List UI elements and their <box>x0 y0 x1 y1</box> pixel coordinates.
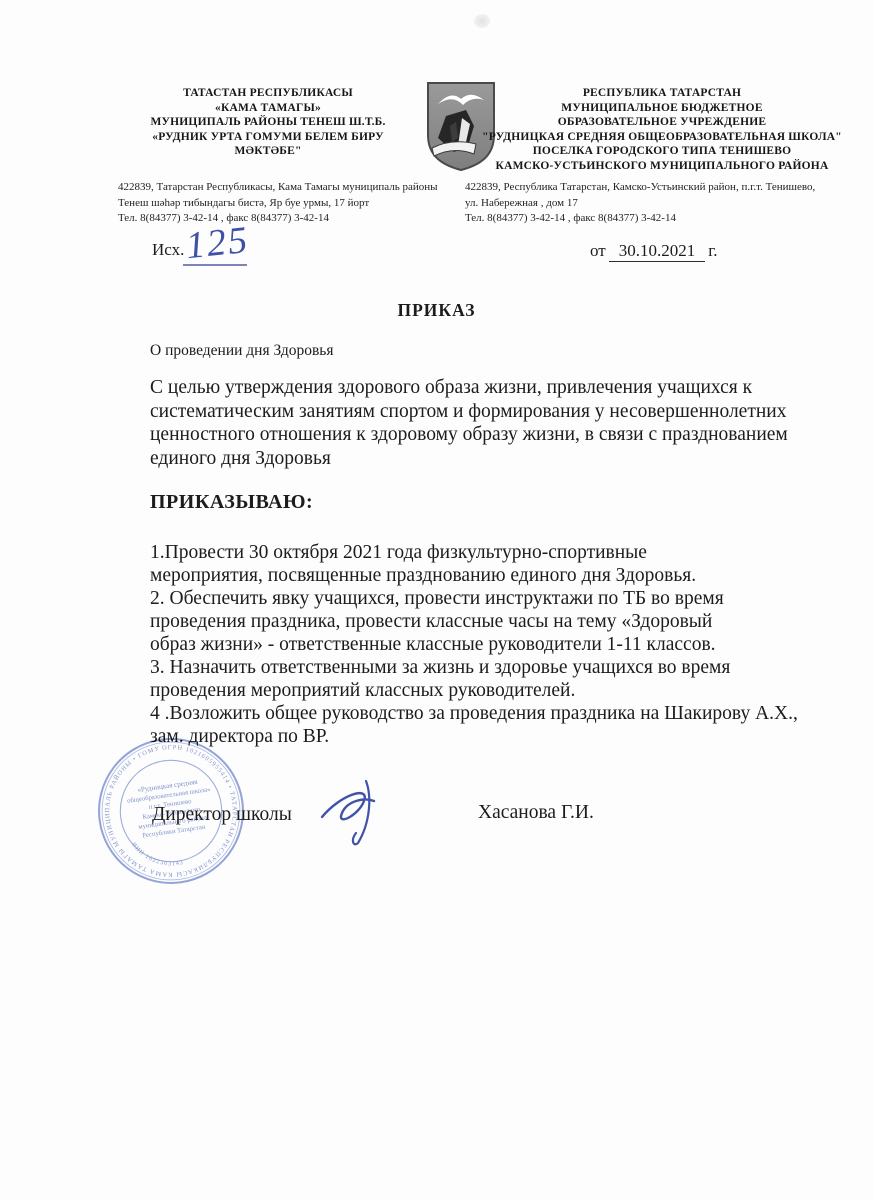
intro-line: ценностного отношения к здоровому образу… <box>150 423 788 447</box>
address-line: ул. Набережная , дом 17 <box>465 196 863 212</box>
org-line: ПОСЕЛКА ГОРОДСКОГО ТИПА ТЕНИШЕВО <box>460 144 864 159</box>
org-header-russian: РЕСПУБЛИКА ТАТАРСТАН МУНИЦИПАЛЬНОЕ БЮДЖЕ… <box>460 86 864 173</box>
org-line: РЕСПУБЛИКА ТАТАРСТАН <box>460 86 864 101</box>
outgoing-number-label: Исх. <box>152 240 184 260</box>
address-block-russian: 422839, Республика Татарстан, Камско-Уст… <box>465 180 863 227</box>
document-title: ПРИКАЗ <box>0 300 873 321</box>
order-line: проведения мероприятий классных руководи… <box>150 679 798 702</box>
org-line: КАМСКО-УСТЬИНСКОГО МУНИЦИПАЛЬНОГО РАЙОНА <box>460 159 864 174</box>
signatory-role: Директор школы <box>152 804 292 826</box>
order-line: 4 .Возложить общее руководство за провед… <box>150 702 798 725</box>
order-line: мероприятия, посвященные празднованию ед… <box>150 564 798 587</box>
document-page: ТАТАСТАН РЕСПУБЛИКАСЫ «КАМА ТАМАГЫ» МУНИ… <box>0 0 873 1200</box>
document-date: 30.10.2021 <box>609 241 706 262</box>
resolve-heading: ПРИКАЗЫВАЮ: <box>150 491 313 514</box>
date-prefix: от <box>590 241 606 260</box>
org-header-tatar: ТАТАСТАН РЕСПУБЛИКАСЫ «КАМА ТАМАГЫ» МУНИ… <box>112 86 424 159</box>
org-line: МУНИЦИПАЛЬ РАЙОНЫ ТЕНЕШ Ш.Т.Б. <box>112 115 424 130</box>
outgoing-number-handwritten: 125 <box>184 218 251 268</box>
order-line: зам. директора по ВР. <box>150 725 798 748</box>
scan-smudge <box>474 14 490 28</box>
intro-line: единого дня Здоровья <box>150 447 788 471</box>
address-line: 422839, Республика Татарстан, Камско-Уст… <box>465 180 863 196</box>
org-line: ОБРАЗОВАТЕЛЬНОЕ УЧРЕЖДЕНИЕ <box>460 115 864 130</box>
org-line: "РУДНИЦКАЯ СРЕДНЯЯ ОБЩЕОБРАЗОВАТЕЛЬНАЯ Ш… <box>460 130 864 145</box>
address-line: Тенеш шәһәр тибындагы бистә, Яр буе урмы… <box>118 196 466 212</box>
org-line: ТАТАСТАН РЕСПУБЛИКАСЫ <box>112 86 424 101</box>
outgoing-number-underline <box>183 264 247 266</box>
order-line: 1.Провести 30 октября 2021 года физкульт… <box>150 541 798 564</box>
org-line: МУНИЦИПАЛЬНОЕ БЮДЖЕТНОЕ <box>460 101 864 116</box>
order-line: проведения праздника, провести классные … <box>150 610 798 633</box>
org-line: «КАМА ТАМАГЫ» <box>112 101 424 116</box>
document-subject: О проведении дня Здоровья <box>150 342 334 360</box>
org-line: МӘКТӘБЕ" <box>112 144 424 159</box>
intro-line: С целью утверждения здорового образа жиз… <box>150 376 788 400</box>
address-line: Тел. 8(84377) 3-42-14 , факс 8(84377) 3-… <box>118 211 466 227</box>
date-line: от30.10.2021г. <box>590 241 718 262</box>
order-line: 2. Обеспечить явку учащихся, провести ин… <box>150 587 798 610</box>
org-line: «РУДНИК УРТА ГОМУМИ БЕЛЕМ БИРУ <box>112 130 424 145</box>
intro-paragraph: С целью утверждения здорового образа жиз… <box>150 376 788 470</box>
intro-line: систематическим занятиям спортом и форми… <box>150 400 788 424</box>
order-items: 1.Провести 30 октября 2021 года физкульт… <box>150 541 798 748</box>
date-suffix: г. <box>708 241 717 260</box>
address-line: 422839, Татарстан Республикасы, Кама Там… <box>118 180 466 196</box>
address-block-tatar: 422839, Татарстан Республикасы, Кама Там… <box>118 180 466 227</box>
address-line: Тел. 8(84377) 3-42-14 , факс 8(84377) 3-… <box>465 211 863 227</box>
order-line: 3. Назначить ответственными за жизнь и з… <box>150 656 798 679</box>
handwritten-signature <box>312 775 398 847</box>
order-line: образ жизни» - ответственные классные ру… <box>150 633 798 656</box>
signatory-name: Хасанова Г.И. <box>478 802 594 824</box>
